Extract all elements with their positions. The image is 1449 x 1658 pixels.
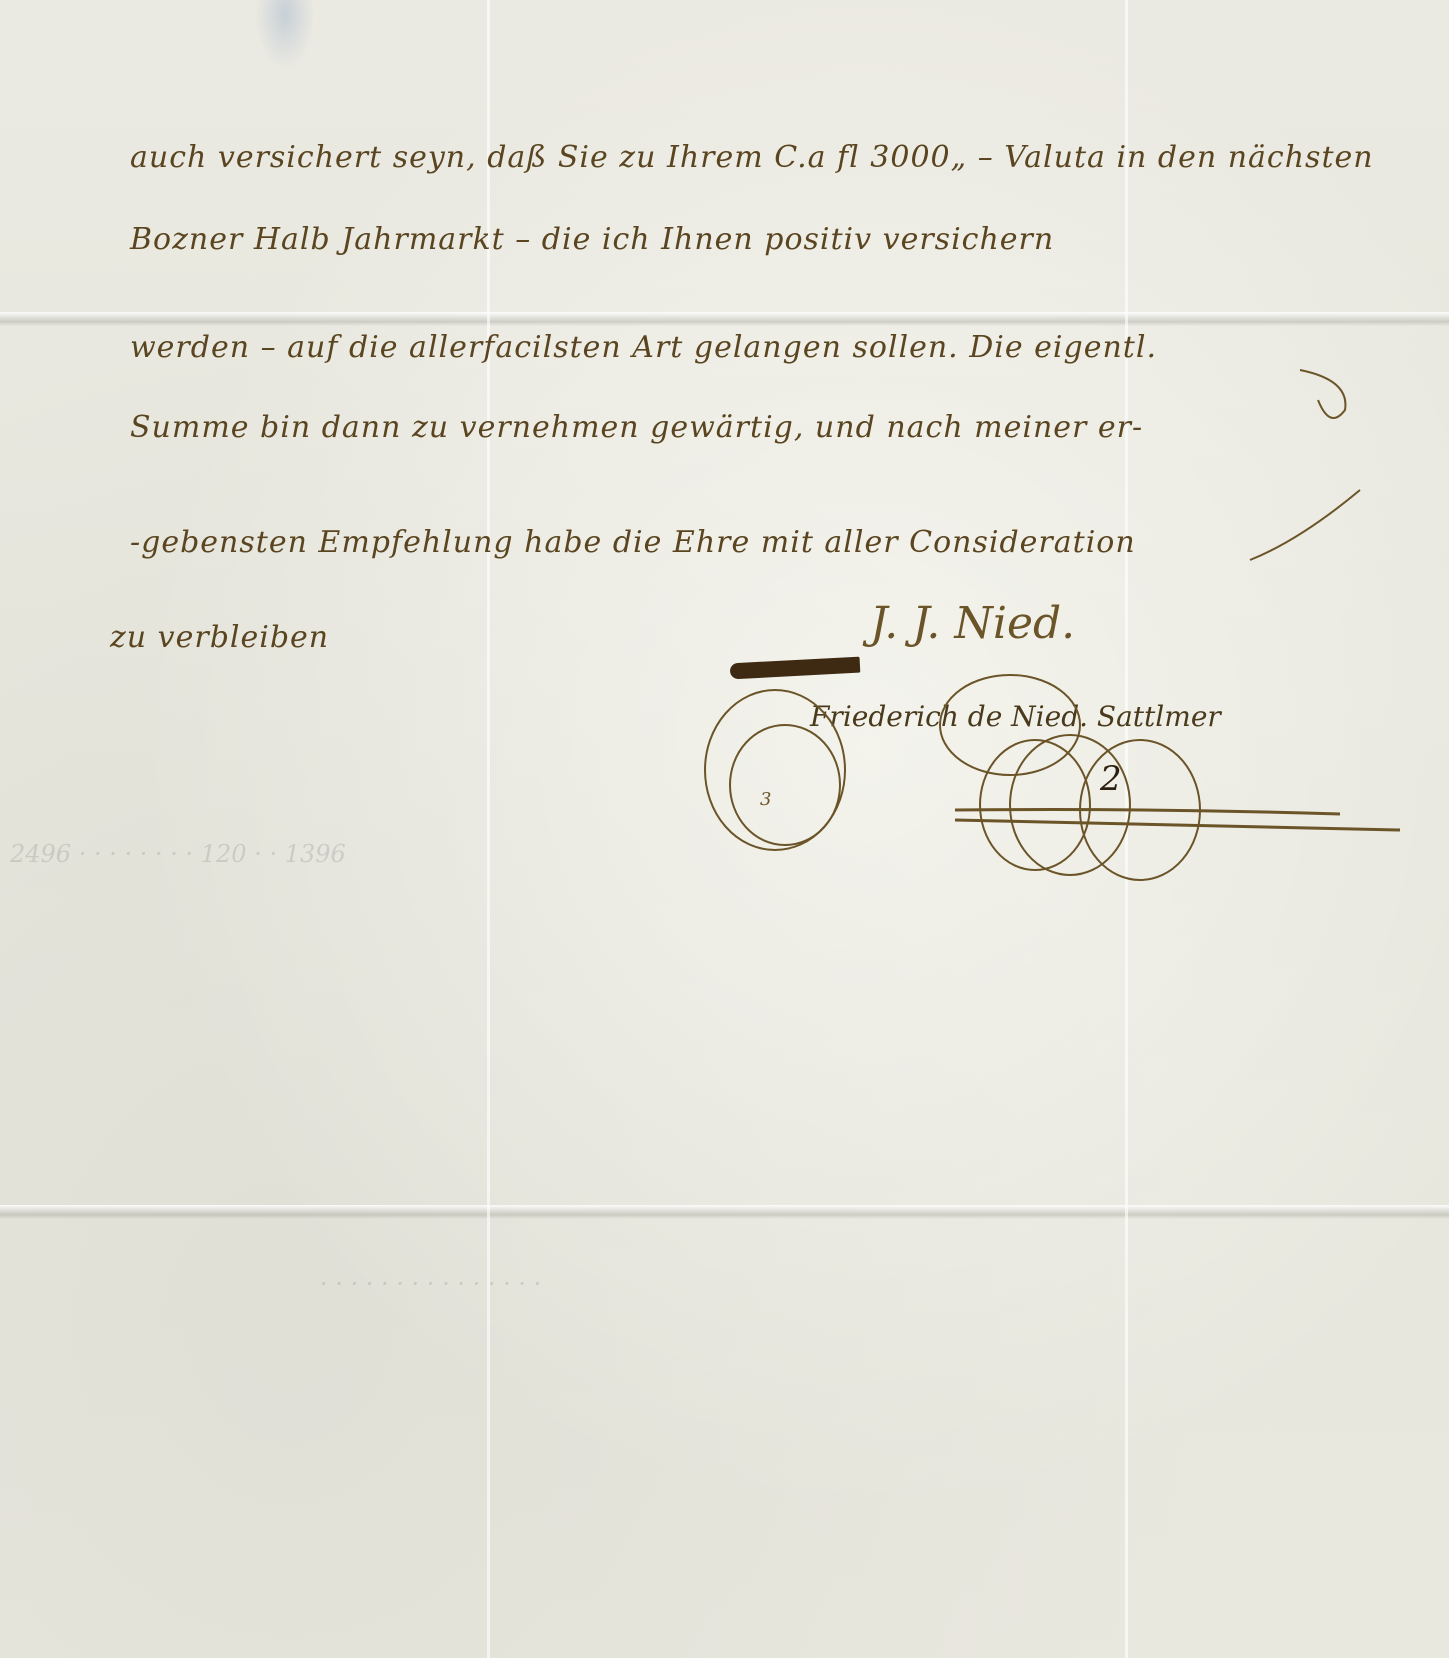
svg-text:2: 2 xyxy=(1099,759,1122,799)
svg-text:3: 3 xyxy=(760,789,771,810)
letter-page: 2496 · · · · · · · · 120 · · 1396 · · · … xyxy=(0,0,1449,1658)
signature-flourish: 2 3 xyxy=(0,0,1449,1658)
